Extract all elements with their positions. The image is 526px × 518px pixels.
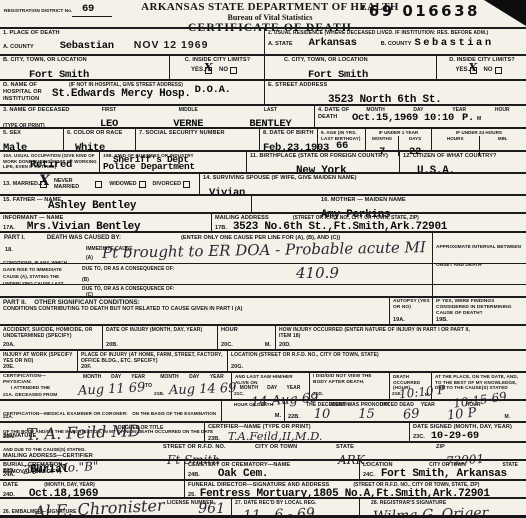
- ssn-label: 7. SOCIAL SECURITY NUMBER: [139, 130, 257, 137]
- cell-place-of-death: 1. PLACE OF DEATH A. COUNTY Sebastian NO…: [0, 29, 265, 54]
- to-label: TO: [145, 383, 152, 389]
- part1-caused-by-label: DEATH WAS CAUSED BY:: [47, 235, 121, 241]
- row-parents: 15. FATHER — NAME Ashley Bentley 16. MOT…: [0, 194, 526, 212]
- injury-at-work-number: 20E.: [3, 364, 15, 370]
- row-city-limits: B. CITY, TOWN, OR LOCATION Fort Smith C.…: [0, 54, 526, 79]
- marital-number: 13.: [3, 181, 11, 187]
- burial-location-number: 24C.: [363, 472, 375, 478]
- last-saw-alive-label: AND LAST SAW HIM/HER ALIVE ON: [235, 374, 307, 385]
- burial-type-number: 24A.: [3, 472, 15, 478]
- married-label: MARRIED: [13, 181, 38, 187]
- cell-citizen: 12. CITIZEN OF WHAT COUNTRY? U.S.A.: [400, 152, 526, 172]
- cell-street-address: E. STREET ADDRESS 3523 North 6th St.: [265, 81, 526, 104]
- certification-physician-label: CERTIFICATION— PHYSICIAN:: [3, 374, 73, 386]
- citizen-label: 12. CITIZEN OF WHAT COUNTRY?: [403, 153, 524, 160]
- pronounced-number: 22B.: [288, 414, 300, 420]
- death-limits-no-checkbox: [230, 67, 237, 74]
- injury-hour-label: HOUR: [221, 327, 273, 334]
- sex-label: 5. SEX: [3, 130, 61, 137]
- cell-ssn: 7. SOCIAL SECURITY NUMBER: [136, 129, 260, 150]
- residence-limits-no-checkbox: [495, 67, 502, 74]
- cell-viewed-body: I DID/DID NOT VIEW THE BODY AFTER DEATH.…: [310, 373, 390, 399]
- row-place-residence: 1. PLACE OF DEATH A. COUNTY Sebastian NO…: [0, 27, 526, 54]
- row-physician-certification: CERTIFICATION— PHYSICIAN: I ATTENDED THE…: [0, 371, 526, 399]
- residence-city-label: C. CITY, TOWN, OR LOCATION: [284, 57, 434, 64]
- usual-residence-label: 2. USUAL RESIDENCE (WHERE DECEASED LIVED…: [268, 30, 524, 36]
- attended-to-value: Aug 14 69: [169, 382, 237, 397]
- findings-number: 19B.: [436, 317, 448, 323]
- viewed-body-label: I DID/DID NOT VIEW THE BODY AFTER DEATH.: [313, 374, 387, 386]
- row-name-dod: 3. NAME OF DECEASED (TYPE OR PRINT) FIRS…: [0, 104, 526, 127]
- cell-burial-date: DATE (MONTH, DAY, YEAR) 24D. Oct.18,1969: [0, 481, 185, 497]
- cell-autopsy-findings: IF YES, WERE FINDINGS CONSIDERED IN DETE…: [433, 298, 526, 324]
- never-married-checkbox: [95, 181, 102, 188]
- birthplace-label: 11. BIRTHPLACE (STATE OR FOREIGN COUNTRY…: [250, 153, 397, 160]
- death-limits-label: C. INSIDE CITY LIMITS?: [173, 57, 262, 64]
- certifier-zip-label: ZIP: [436, 444, 524, 451]
- widowed-checkbox: [139, 181, 146, 188]
- middle-name-label: MIDDLE: [148, 107, 229, 113]
- last-saw-number: 21C.: [234, 392, 244, 397]
- first-name-label: FIRST: [70, 107, 147, 113]
- to-month-label: MONTH: [160, 374, 178, 380]
- deceased-from-label: DECEASED FROM: [15, 393, 57, 399]
- injury-at-work-label: INJURY AT WORK (SPECIFY YES OR NO): [3, 352, 75, 365]
- cell-informant-address: MAILING ADDRESS (STREET OR R.F.D. NO., C…: [212, 214, 526, 231]
- cell-date-received: 27. DATE REC'D BY LOCAL REG. 11 - 6 - 69: [232, 499, 360, 518]
- pronounced-m-label: M.: [504, 414, 510, 420]
- cell-industry: 10B. KIND OF BUSINESS OR INDUSTRY Sherif…: [100, 152, 247, 172]
- signature-handwritten: T. A. Feild MD: [26, 423, 141, 443]
- received-date-stamp: NOV 12 1969: [134, 39, 209, 51]
- row-injury-place: INJURY AT WORK (SPECIFY YES OR NO) 20E. …: [0, 349, 526, 371]
- date-received-label: 27. DATE REC'D BY LOCAL REG.: [235, 500, 357, 506]
- how-injury-label: HOW INJURY OCCURRED (ENTER NATURE OF INJ…: [279, 327, 479, 340]
- dod-m-label: M: [477, 116, 481, 122]
- cell-attended-from: MONTH DAY YEAR Aug 11 69 TO: [75, 373, 152, 399]
- cell-sex: 5. SEX Male: [0, 129, 64, 150]
- cell-under-one-year: IF UNDER 1 YEAR MONTHS 7 DAYS 22: [366, 129, 432, 150]
- death-limits-no-label: NO: [219, 67, 228, 73]
- cell-place-of-injury: PLACE OF INJURY (AT HOME, FARM, STREET, …: [78, 351, 228, 371]
- registrar-signature-value: Wilma G. Origer: [373, 506, 489, 518]
- date-of-death-label: 4. DATE OF DEATH: [318, 107, 352, 124]
- pronounced-year-value: 69: [402, 408, 420, 422]
- cell-last-saw-alive: AND LAST SAW HIM/HER ALIVE ON MONTH DAY …: [232, 373, 310, 399]
- part2-other-conditions: PART II. OTHER SIGNIFICANT CONDITIONS: C…: [0, 296, 526, 324]
- cell-how-injury: HOW INJURY OCCURRED (ENTER NATURE OF INJ…: [276, 326, 526, 349]
- cell-registrar-signature: 28. REGISTRAR'S SIGNATURE Wilma G. Orige…: [360, 499, 526, 518]
- certify-statement-label: AT THE PLACE, ON THE DATE, AND, TO THE B…: [435, 374, 524, 391]
- cell-certifier-mailing: MAILING ADDRESS—CERTIFIER 23D. 3600 No."…: [0, 443, 160, 459]
- burial-type-value: Burial: [30, 465, 68, 477]
- injury-hour-number: 20C.: [221, 342, 233, 348]
- cell-mother: 16. MOTHER — MAIDEN NAME Amy Perkins: [252, 196, 526, 212]
- hour-of-death-m-label: M.: [275, 413, 281, 419]
- cell-deceased-name: 3. NAME OF DECEASED (TYPE OR PRINT) FIRS…: [0, 106, 315, 127]
- pronounced-year-label: YEAR: [421, 402, 435, 408]
- header: REGISTRATION DISTRICT No. 69 ARKANSAS ST…: [0, 0, 526, 27]
- mother-label: 16. MOTHER — MAIDEN NAME: [321, 197, 524, 204]
- hours-label: HOURS: [432, 136, 479, 142]
- registration-district-number: 69: [72, 4, 112, 17]
- to-day-label: DAY: [189, 374, 199, 380]
- saw-month-label: MONTH: [240, 385, 258, 391]
- accident-type-number: 20A.: [3, 342, 15, 348]
- row-marital-spouse: 13. MARRIED X NEVER MARRIED WIDOWED DIVO…: [0, 172, 526, 194]
- injury-location-label: LOCATION (STREET OR R.F.D. NO., CITY OR …: [231, 352, 524, 358]
- min-label: MIN.: [480, 136, 526, 142]
- attended-number: 21A.: [3, 393, 13, 399]
- occupation-value: Retired: [30, 160, 72, 171]
- certifier-state-label: STATE: [336, 444, 431, 451]
- from-month-label: MONTH: [83, 374, 101, 380]
- coroner-number: 22A.: [3, 415, 13, 420]
- cell-coroner-certification: CERTIFICATION—MEDICAL EXAMINER OR CORONE…: [0, 401, 222, 421]
- how-injury-number: 20D.: [279, 342, 291, 348]
- cell-certifier-name: CERTIFIER—NAME (TYPE OR PRINT) 23B. T.A.…: [205, 423, 410, 441]
- row-accident: ACCIDENT, SUICIDE, HOMICIDE, OR UNDETERM…: [0, 324, 526, 349]
- saw-day-label: DAY: [267, 385, 277, 391]
- married-checkbox: X: [40, 181, 47, 188]
- residence-state-label: A. STATE: [268, 41, 293, 47]
- place-of-injury-number: 20F.: [81, 364, 92, 370]
- divorced-checkbox: [183, 181, 190, 188]
- days-label: DAYS: [399, 136, 431, 142]
- attended-to-number: 21B.: [154, 392, 164, 397]
- last-name-label: LAST: [229, 107, 312, 113]
- cell-pronounced-dead: THE DECEDENT WAS PRONOUNCED DEAD 22B. 10…: [285, 401, 526, 421]
- cell-autopsy: AUTOPSY (YES OR NO) 19A.: [390, 298, 433, 324]
- cell-certifier-street: STREET OR R.F.D. NO. Ft Smith: [160, 443, 252, 459]
- due-to-b-label: DUE TO, OR AS A CONSEQUENCE OF:: [82, 266, 174, 272]
- autopsy-label: AUTOPSY (YES OR NO): [393, 299, 430, 311]
- injury-date-number: 20B.: [106, 342, 118, 348]
- death-limits-yes-checkbox: X: [205, 67, 212, 74]
- saw-year-label: YEAR: [286, 385, 300, 391]
- date-signed-number: 23C.: [413, 434, 425, 440]
- certifier-street-label: STREET OR R.F.D. NO.: [163, 444, 250, 451]
- father-value: Ashley Bentley: [48, 201, 136, 213]
- dod-hour-label: HOUR: [495, 107, 510, 113]
- cell-date-signed: DATE SIGNED (MONTH, DAY, YEAR) 23C. 10-2…: [410, 423, 526, 441]
- cell-injury-date: DATE OF INJURY (MONTH, DAY, YEAR) 20B.: [103, 326, 218, 349]
- injury-date-label: DATE OF INJURY (MONTH, DAY, YEAR): [106, 327, 215, 333]
- interval-column: APPROXIMATE INTERVAL BETWEEN ONSET AND D…: [432, 233, 526, 298]
- cell-hour-of-death: HOUR OF DEATH M.: [222, 401, 285, 421]
- cell-part2: PART II. OTHER SIGNIFICANT CONDITIONS: C…: [0, 298, 390, 324]
- autopsy-number: 19A.: [393, 317, 405, 323]
- pronounced-day-value: 15: [358, 408, 375, 421]
- row-embalmer-registrar: 26. EMBALMER—SIGNATURE (IF BODY EMBALMED…: [0, 497, 526, 518]
- row-hospital-street: D. NAME OF HOSPITAL OR INSTITUTION (IF N…: [0, 79, 526, 104]
- cell-certification-physician: CERTIFICATION— PHYSICIAN: I ATTENDED THE…: [0, 373, 75, 399]
- part2-label: PART II.: [3, 299, 26, 306]
- injury-location-number: 20G.: [231, 364, 243, 370]
- pronounced-month-value: 10: [314, 408, 331, 421]
- interval-label: APPROXIMATE INTERVAL BETWEEN ONSET AND D…: [436, 245, 521, 268]
- cell-certifier-city: CITY OR TOWN: [252, 443, 333, 459]
- row-certifier-signature: SIGNATURE DEGREE OR TITLE T. A. Feild MD…: [0, 421, 526, 441]
- dod-ampm-value: P.: [462, 113, 474, 124]
- cell-injury-at-work: INJURY AT WORK (SPECIFY YES OR NO) 20E.: [0, 351, 78, 371]
- cell-dob: 8. DATE OF BIRTH Feb.23,1903: [260, 129, 318, 150]
- cell-marital-status: 13. MARRIED X NEVER MARRIED WIDOWED DIVO…: [0, 174, 200, 194]
- cell-informant: INFORMANT — NAME 17A. Mrs.Vivian Bentley: [0, 214, 212, 231]
- cause-a-label: (A): [86, 255, 93, 261]
- death-city-label: B. CITY, TOWN, OR LOCATION: [3, 57, 167, 64]
- injury-hour-m-label: M.: [265, 342, 271, 348]
- residence-state-value: Arkansas: [309, 38, 357, 49]
- cell-usual-residence: 2. USUAL RESIDENCE (WHERE DECEASED LIVED…: [265, 29, 526, 54]
- cell-funeral-director: FUNERAL DIRECTOR—SIGNATURE AND ADDRESS (…: [185, 481, 526, 497]
- death-limits-yes-label: YES: [191, 67, 203, 73]
- registration-district-label: REGISTRATION DISTRICT No.: [4, 9, 72, 15]
- cell-father: 15. FATHER — NAME Ashley Bentley: [0, 196, 252, 212]
- accident-type-label: ACCIDENT, SUICIDE, HOMICIDE, OR UNDETERM…: [3, 327, 100, 340]
- coroner-certification-label: CERTIFICATION—MEDICAL EXAMINER OR CORONE…: [3, 411, 128, 416]
- cause-b-label: (B): [82, 277, 89, 283]
- residence-limits-label: D. INSIDE CITY LIMITS?: [440, 57, 524, 64]
- findings-label: IF YES, WERE FINDINGS CONSIDERED IN DETE…: [436, 299, 524, 317]
- cause-b-code-handwritten: 410.9: [296, 266, 339, 281]
- row-informant: INFORMANT — NAME 17A. Mrs.Vivian Bentley…: [0, 212, 526, 231]
- cell-under-24-hours: IF UNDER 24 HOURS HOURS MIN.: [432, 129, 526, 150]
- cell-death-city-limits: C. INSIDE CITY LIMITS? YES X NO: [170, 56, 265, 79]
- part2-subtitle: CONDITIONS CONTRIBUTING TO DEATH BUT NOT…: [3, 306, 387, 312]
- part1-cause-of-death: PART I. DEATH WAS CAUSED BY: (ENTER ONLY…: [0, 231, 526, 296]
- place-of-death-label: 1. PLACE OF DEATH: [3, 30, 262, 37]
- cell-certifier-zip: ZIP 72901: [433, 443, 526, 459]
- attended-from-value: Aug 11 69: [78, 381, 146, 398]
- license-number-value: 961: [198, 502, 225, 516]
- cell-occupation: 10A. USUAL OCCUPATION (GIVE KIND OF WORK…: [0, 152, 100, 172]
- pronounced-day-label: DAY: [380, 402, 390, 408]
- cemetery-label: CEMETERY OR CREMATORY—NAME: [188, 462, 357, 469]
- race-label: 6. COLOR OR RACE: [67, 130, 133, 137]
- due-to-c-label: DUE TO, OR AS A CONSEQUENCE OF:: [82, 286, 174, 292]
- months-label: MONTHS: [366, 136, 398, 142]
- cemetery-number: 24B.: [188, 472, 200, 478]
- pronounced-month-label: MONTH: [330, 402, 348, 408]
- cell-injury-hour: HOUR 20C. M.: [218, 326, 276, 349]
- cell-hospital: D. NAME OF HOSPITAL OR INSTITUTION (IF N…: [0, 81, 265, 104]
- hospital-doa-value: D.O.A.: [195, 85, 231, 96]
- residence-limits-yes-mark: X: [469, 61, 478, 74]
- cell-accident-type: ACCIDENT, SUICIDE, HOMICIDE, OR UNDETERM…: [0, 326, 103, 349]
- cell-residence-city: C. CITY, TOWN, OR LOCATION Fort Smith: [265, 56, 437, 79]
- dob-label: 8. DATE OF BIRTH: [263, 130, 315, 137]
- from-year-label: YEAR: [131, 374, 145, 380]
- cell-surviving-spouse: 14. SURVIVING SPOUSE (IF WIFE, GIVE MAID…: [200, 174, 526, 194]
- attended-label: I ATTENDED THE: [11, 386, 73, 392]
- cell-residence-limits: D. INSIDE CITY LIMITS? YES X NO: [437, 56, 526, 79]
- dod-date-value: Oct.15,1969: [352, 113, 418, 124]
- cell-embalmer: 26. EMBALMER—SIGNATURE (IF BODY EMBALMED…: [0, 499, 148, 518]
- from-day-label: DAY: [111, 374, 121, 380]
- row-funeral-director: DATE (MONTH, DAY, YEAR) 24D. Oct.18,1969…: [0, 479, 526, 497]
- cell-race: 6. COLOR OR RACE White: [64, 129, 136, 150]
- part2-title: OTHER SIGNIFICANT CONDITIONS:: [34, 299, 140, 306]
- cell-death-occurred-hour: DEATH OCCURRED (HOUR) 21E. 10:10 P M.: [390, 373, 432, 399]
- dob-value: Feb.23,1903: [263, 142, 329, 154]
- part1-label: PART I.: [4, 235, 25, 241]
- street-address-label: E. STREET ADDRESS: [268, 82, 524, 89]
- death-certificate-document: REGISTRATION DISTRICT No. 69 ARKANSAS ST…: [0, 0, 526, 518]
- hour-of-death-label: HOUR OF DEATH: [225, 402, 282, 408]
- row-sex-race-age: 5. SEX Male 6. COLOR OR RACE White 7. SO…: [0, 127, 526, 150]
- place-of-injury-label: PLACE OF INJURY (AT HOME, FARM, STREET, …: [81, 352, 225, 365]
- certifier-city-label: CITY OR TOWN: [255, 444, 331, 451]
- death-limits-yes-mark: X: [204, 61, 213, 74]
- serial-number-stamp: ’69 016638: [361, 2, 480, 20]
- to-year-label: YEAR: [210, 374, 224, 380]
- death-occurred-m-label: M.: [425, 392, 430, 398]
- married-mark: X: [39, 173, 50, 189]
- widowed-label: WIDOWED: [109, 181, 136, 187]
- registrar-signature-label: 28. REGISTRAR'S SIGNATURE: [371, 500, 524, 506]
- cell-death-city: B. CITY, TOWN, OR LOCATION Fort Smith: [0, 56, 170, 79]
- cell-date-of-death: 4. DATE OF DEATH MONTH DAY YEAR HOUR Oct…: [315, 106, 526, 127]
- row-burial: BURIAL, CREMATION, REMOVAL (SPECIFY) 24A…: [0, 459, 526, 479]
- industry-value-2: Police Department: [103, 162, 244, 172]
- county-value: Sebastian: [60, 41, 114, 52]
- cell-injury-location: LOCATION (STREET OR R.F.D. NO., CITY OR …: [228, 351, 526, 371]
- row-coroner-certification: CERTIFICATION—MEDICAL EXAMINER OR CORONE…: [0, 399, 526, 421]
- cell-burial-type: BURIAL, CREMATION, REMOVAL (SPECIFY) 24A…: [0, 461, 185, 479]
- residence-county-label: B. COUNTY: [381, 41, 412, 47]
- cell-attended-to: MONTH DAY YEAR 21B. Aug 14 69: [152, 373, 232, 399]
- deceased-name-label: 3. NAME OF DECEASED: [3, 107, 70, 114]
- hospital-value: St.Edwards Mercy Hosp.: [52, 89, 191, 101]
- cell-certify-statement: AT THE PLACE, ON THE DATE, AND, TO THE B…: [432, 373, 526, 399]
- residence-county-value: Sebastian: [414, 38, 493, 49]
- divorced-label: DIVORCED: [153, 181, 181, 187]
- signature-number: 23A.: [3, 434, 15, 440]
- cause-a-handwritten: Pt brought to ER DOA - Probable acute MI: [102, 240, 426, 261]
- cell-birthplace: 11. BIRTHPLACE (STATE OR FOREIGN COUNTRY…: [247, 152, 400, 172]
- dod-hour-value: 10:10: [424, 113, 454, 124]
- residence-limits-yes-label: YES: [455, 67, 467, 73]
- viewed-body-number: 21D.: [313, 392, 323, 397]
- residence-limits-no-label: NO: [484, 67, 493, 73]
- cell-certifier-state: STATE ARK.: [333, 443, 433, 459]
- item-18-number: 18.: [5, 247, 13, 253]
- county-label: A. COUNTY: [3, 44, 34, 50]
- row-certifier-address: MAILING ADDRESS—CERTIFIER 23D. 3600 No."…: [0, 441, 526, 459]
- date-received-value: 11 - 6 - 69: [243, 507, 315, 518]
- residence-limits-yes-checkbox: X: [470, 67, 477, 74]
- pronounced-hour-label: HOUR: [466, 402, 481, 408]
- cell-burial-location: LOCATION CITY OR TOWN STATE 24C. Fort Sm…: [360, 461, 526, 479]
- burial-date-label: DATE: [3, 482, 18, 489]
- cell-signature: SIGNATURE DEGREE OR TITLE T. A. Feild MD…: [0, 423, 205, 441]
- embalmer-signature: Al E. Chronister: [34, 498, 165, 518]
- surviving-spouse-label: 14. SURVIVING SPOUSE (IF WIFE, GIVE MAID…: [203, 175, 524, 182]
- cell-cemetery: CEMETERY OR CREMATORY—NAME 24B. Oak Cem.: [185, 461, 360, 479]
- never-married-label: NEVER MARRIED: [54, 178, 93, 190]
